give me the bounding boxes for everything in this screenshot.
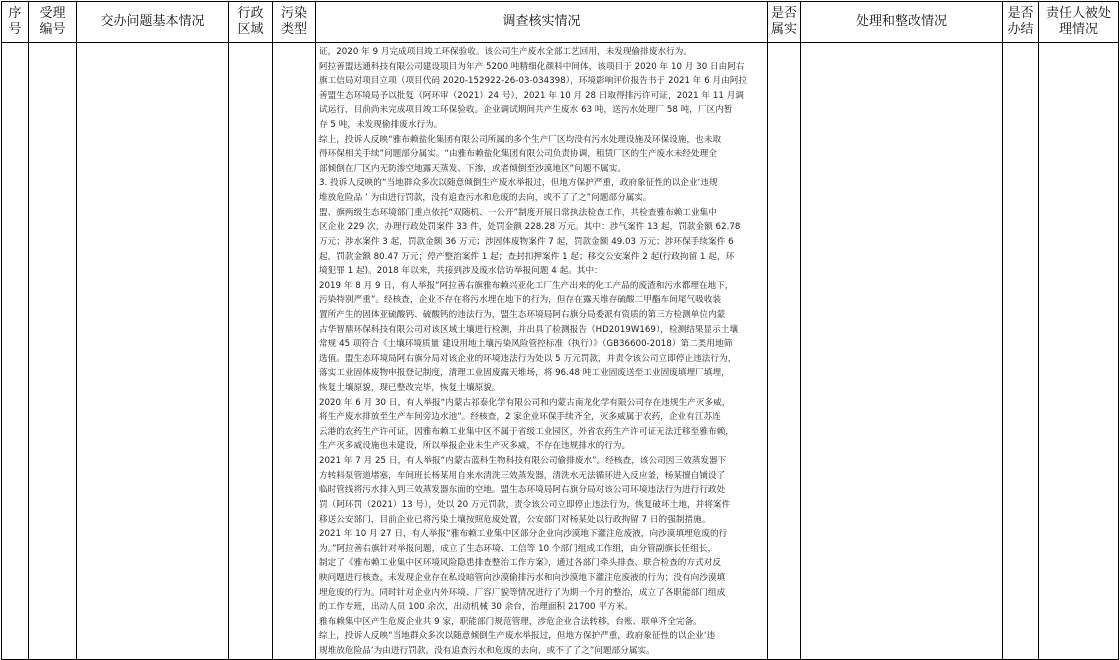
- cell-investigation: 证，2020 年 9 月完成项目竣工环保验收。该公司生产废水全部工艺回用，未发现…: [316, 43, 768, 660]
- investigation-line: 综上，投诉人反映“雅布赖盐化集团有限公司所属的多个生产厂区均没有污水处理设施及环…: [319, 133, 763, 148]
- investigation-line: 区企业 229 次，办理行政处罚案件 33 件，处罚金额 228.28 万元。其…: [319, 220, 763, 235]
- investigation-line: 制定了《雅布赖工业集中区环境风险隐患排查整治工作方案》，通过各部门牵头排查、联合…: [319, 556, 763, 571]
- header-verified-line1: 是否: [768, 6, 800, 22]
- investigation-line: 置所产生的固体亚硫酸钙、硫酸钙的违法行为，盟生态环境局阿右旗分局委派有资质的第三…: [319, 308, 763, 323]
- header-closed-line2: 办结: [1003, 22, 1038, 38]
- header-closed-line1: 是否: [1003, 6, 1038, 22]
- cell-handling: [801, 43, 1003, 660]
- investigation-line: 旗工信局对项目立项（项目代码 2020-152922-26-03-034398）…: [319, 74, 763, 89]
- header-pollution-type-line1: 污染: [273, 6, 315, 22]
- header-case-no-line2: 编号: [29, 22, 76, 38]
- investigation-line: 综上，投诉人反映“当地群众多次以随意倾倒生产废水举报过，但地方保护严重，政府象征…: [319, 629, 763, 644]
- header-seq-line2: 号: [2, 22, 28, 38]
- header-region-line1: 行政: [229, 6, 272, 22]
- investigation-line: 善盟生态环境局予以批复（阿环审（2021）24 号），2021 年 10 月 2…: [319, 89, 763, 104]
- investigation-line: 得环保相关手续”问题部分属实。“由雅布赖盐化集团有限公司负责协调，租赁厂区的生产…: [319, 147, 763, 162]
- cell-case-no: [29, 43, 77, 660]
- investigation-line: 2020 年 6 月 30 日，有人举报“内蒙古祁泰化学有限公司和内蒙古南龙化学…: [319, 396, 763, 411]
- header-region-line2: 区域: [229, 22, 272, 38]
- cell-region: [229, 43, 273, 660]
- header-accountability-line2: 理情况: [1039, 22, 1118, 38]
- investigation-line: 雅布赖集中区产生危废企业共 9 家，职能部门规范管理，涉危企业合法转移，台账、联…: [319, 615, 763, 630]
- header-problem: 交办问题基本情况: [77, 2, 229, 43]
- investigation-line: 3. 投诉人反映的“当地群众多次以随意倾倒生产废水举报过，但地方保护严重，政府象…: [319, 176, 763, 191]
- investigation-line: 移送公安部门，目前企业已将污染土壤按照危废处置，公安部门对杨某处以行政拘留 7 …: [319, 513, 763, 528]
- header-accountability-line1: 责任人被处: [1039, 6, 1118, 22]
- cell-seq: [2, 43, 29, 660]
- investigation-line: 万元；涉水案件 3 起，罚款金额 36 万元；涉固体废物案件 7 起，罚款金额 …: [319, 235, 763, 250]
- header-pollution-type: 污染 类型: [273, 2, 316, 43]
- investigation-line: 存 5 吨，未发现偷排废水行为。: [319, 118, 763, 133]
- investigation-line: 选值。盟生态环境局阿右旗分局对该企业的环境违法行为处以 5 万元罚款，并责令该公…: [319, 352, 763, 367]
- investigation-line: 部倾倒在厂区内无防渗空地露天蒸发、下渗，或者倾倒至沙漠地区”问题不属实。: [319, 162, 763, 177]
- investigation-line: 常规 45 项符合《土壤环境质量 建设用地土壤污染风险管控标准（执行）》（GB3…: [319, 337, 763, 352]
- cell-problem: [77, 43, 229, 660]
- investigation-line: 罚（阿环罚（2021）13 号），处以 20 万元罚款，责令该公司立即停止违法行…: [319, 498, 763, 513]
- investigation-line: 的工作专班，出动人员 100 余次，出动机械 30 余台，治理面积 21700 …: [319, 600, 763, 615]
- cell-accountability: [1039, 43, 1119, 660]
- header-handling: 处理和整改情况: [801, 2, 1003, 43]
- header-row: 序 号 受理 编号 交办问题基本情况 行政 区域 污染 类型 调查核实情况 是否…: [2, 2, 1119, 43]
- header-pollution-type-line2: 类型: [273, 22, 315, 38]
- investigation-line: 云港的农药生产许可证，因雅布赖工业集中区不属于省级工业园区，外省农药生产许可证无…: [319, 425, 763, 440]
- investigation-line: 2021 年 7 月 25 日，有人举报“内蒙古蓝科生物科技有限公司偷排废水”。…: [319, 454, 763, 469]
- investigation-line: 规堆放危险品’为由进行罚款，没有追查污水和危废的去向，或不了了之”问题部分属实。: [319, 644, 763, 659]
- investigation-line: 落实工业固体废物申报登记制度，清理工业固废露天堆场，将 96.48 吨工业固废送…: [319, 366, 763, 381]
- investigation-line: 恢复土壤原貌，现已整改完毕，恢复土壤原貌。: [319, 381, 763, 396]
- investigation-line: 盟、旗两级生态环境部门重点依托“双随机、一公开”制度开展日常执法检查工作，共检查…: [319, 206, 763, 221]
- investigation-line: 生产灭多威设施也未建设，所以举报企业未生产灭多威，不存在违规排水的行为。: [319, 439, 763, 454]
- cell-closed: [1003, 43, 1039, 660]
- investigation-line: 方转料泵管道堵塞，车间班长杨某用自来水清洗三效蒸发器，清洗水无法循环进入反应釜，…: [319, 469, 763, 484]
- investigation-line: 堆放危险品 ’ 为由进行罚款，没有追查污水和危废的去向，或不了了之”问题部分属实…: [319, 191, 763, 206]
- header-seq-line1: 序: [2, 6, 28, 22]
- investigation-line: 污染特别严重”。经核查，企业不存在将污水埋在地下的行为，但存在露天堆存硫酸二甲酯…: [319, 293, 763, 308]
- header-case-no-line1: 受理: [29, 6, 76, 22]
- investigation-line: 埋危废的行为。同时针对企业内外环境、厂容厂貌等情况进行了为期一个月的整治，成立了…: [319, 586, 763, 601]
- investigation-line: 境犯罪 1 起)。2018 年以来，共接到涉及废水信访举报问题 4 起。其中：: [319, 264, 763, 279]
- investigation-line: 映问题进行核查，未发现企业存在私设暗管向沙漠偷排污水和向沙漠地下灌注危废液的行为…: [319, 571, 763, 586]
- header-verified-line2: 属实: [768, 22, 800, 38]
- investigation-line: 临时管线将污水排入到三效蒸发器东面的空地。盟生态环境局阿右旗分局对该公司环境违法…: [319, 483, 763, 498]
- cell-verified: [768, 43, 801, 660]
- investigation-line: 试运行，目前尚未完成项目竣工环保验收。企业调试期间共产生废水 63 吨，送污水处…: [319, 103, 763, 118]
- investigation-line: 起，罚款金额 80.47 万元；停产整治案件 1 起；查封扣押案件 1 起；移交…: [319, 250, 763, 265]
- header-closed: 是否 办结: [1003, 2, 1039, 43]
- investigation-line: 为。”阿拉善右旗针对举报问题，成立了生态环境、工信等 10 个部门组成工作组，由…: [319, 542, 763, 557]
- header-case-no: 受理 编号: [29, 2, 77, 43]
- table-row: 证，2020 年 9 月完成项目竣工环保验收。该公司生产废水全部工艺回用，未发现…: [2, 43, 1119, 660]
- case-table: 序 号 受理 编号 交办问题基本情况 行政 区域 污染 类型 调查核实情况 是否…: [1, 1, 1119, 660]
- investigation-line: 2021 年 10 月 27 日，有人举报“雅布赖工业集中区部分企业向沙漠地下灌…: [319, 527, 763, 542]
- investigation-line: 证，2020 年 9 月完成项目竣工环保验收。该公司生产废水全部工艺回用，未发现…: [319, 45, 763, 60]
- investigation-line: 古华智鼎环保科技有限公司对该区域土壤进行检测，并出具了检测报告（HD2019W1…: [319, 323, 763, 338]
- header-region: 行政 区域: [229, 2, 273, 43]
- header-accountability: 责任人被处 理情况: [1039, 2, 1119, 43]
- header-verified: 是否 属实: [768, 2, 801, 43]
- investigation-line: 将生产废水排放至生产车间旁边水池”。经核查，2 家企业环保手续齐全，灭多威属于农…: [319, 410, 763, 425]
- cell-pollution-type: [273, 43, 316, 660]
- header-seq: 序 号: [2, 2, 29, 43]
- investigation-text: 证，2020 年 9 月完成项目竣工环保验收。该公司生产废水全部工艺回用，未发现…: [316, 43, 767, 659]
- investigation-line: 阿拉善盟达通科技有限公司建设项目为年产 5200 吨精细化颜料中间体，该项目于 …: [319, 60, 763, 75]
- header-investigation: 调查核实情况: [316, 2, 768, 43]
- investigation-line: 2019 年 8 月 9 日，有人举报“阿拉善右旗雅布赖兴亚化工厂生产出来的化工…: [319, 279, 763, 294]
